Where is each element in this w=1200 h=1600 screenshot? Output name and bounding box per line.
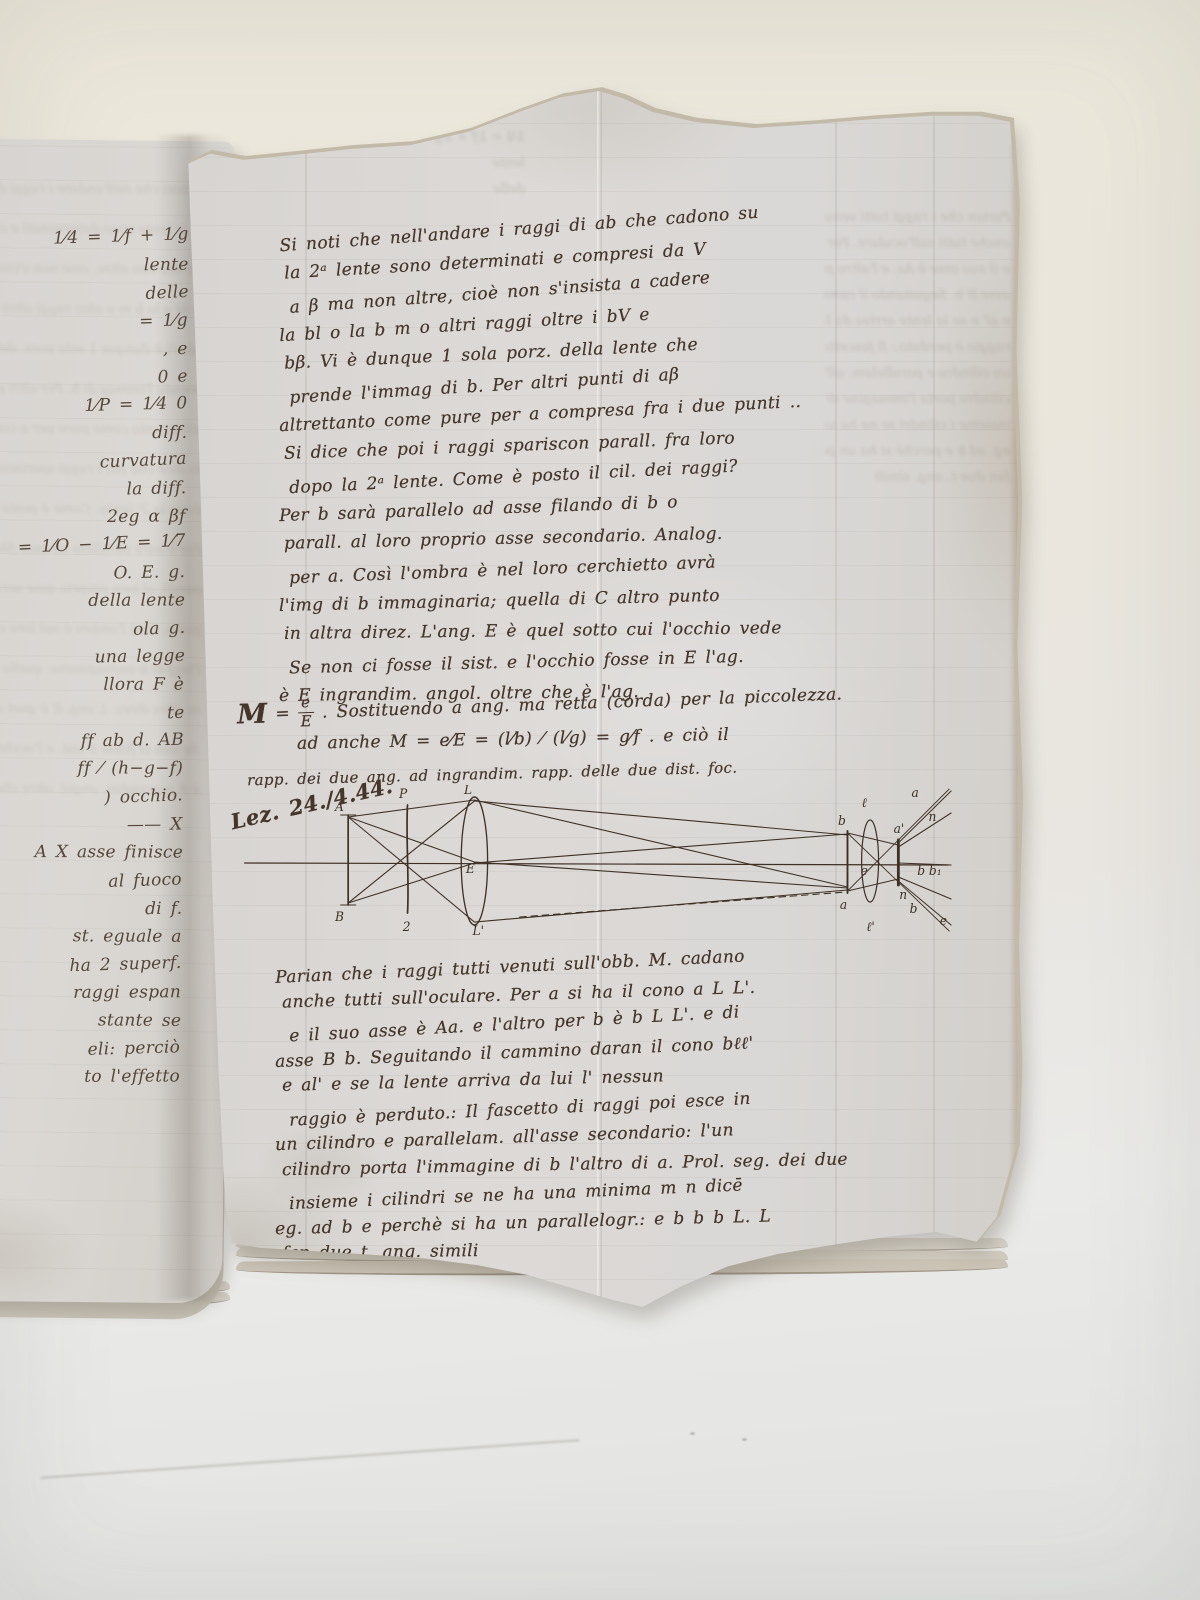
label-lens-center: E	[465, 861, 475, 876]
label-image-top: b	[838, 813, 846, 828]
manuscript-line: e al' e se la lente arriva da lui l' nes…	[282, 1058, 848, 1101]
exit-ray	[898, 813, 951, 847]
fraction-numerator: e	[301, 695, 311, 711]
ray	[348, 817, 847, 888]
label-object-bottom: B	[334, 909, 344, 924]
ghost-line: un cilindro e parallelam. all'asse secon…	[825, 361, 1010, 387]
exit-ray	[898, 877, 951, 899]
fraction-denominator: E	[300, 714, 312, 730]
right-page-bottom-sheet-edges	[236, 1242, 1008, 1275]
manuscript-line: in altra direz. L'ang. E è quel sotto cu…	[284, 613, 807, 650]
objective-lens	[461, 797, 487, 925]
label-eyepiece-bottom: ℓ'	[866, 919, 874, 934]
exit-ray	[898, 881, 951, 925]
desk-speck	[690, 1432, 695, 1435]
eyepiece-lens	[862, 820, 879, 902]
ray	[348, 801, 847, 903]
manuscript-line: Per b sarà parallelo ad asse filando di …	[279, 483, 802, 532]
manuscript-line: la 2ᵃ lente sono determinati e compresi …	[284, 229, 807, 290]
manuscript-line: Si dice che poi i raggi spariscon parall…	[284, 421, 807, 470]
ghost-line: raggio è perduto.: Il fascetto di raggi …	[825, 335, 1010, 361]
desk-crease	[41, 1439, 580, 1479]
ghost-line: 1⁄4 = 1⁄f + 1⁄g	[195, 125, 525, 151]
ghost-line: anche tutti sull'oculare. Per a si ha il…	[825, 231, 1010, 257]
exit-ray	[898, 791, 951, 843]
label-exit-ray-a: a	[912, 785, 919, 800]
page-gutter-shadow	[156, 135, 230, 1300]
manuscript-line: prende l'immag di b. Per altri punti di …	[289, 352, 812, 414]
crease-line	[305, 85, 307, 1313]
manuscript-line: è E ingrandim. angol. oltre che è l'ag.	[279, 675, 802, 712]
formula-line-1: M = e E . Sostituendo a ang. ma retta (c…	[237, 672, 958, 732]
label-object-top: A	[334, 799, 344, 814]
exit-ray	[898, 863, 951, 865]
ghost-line: delle	[195, 177, 525, 195]
formula-line-3: rapp. dei due ang. ad ingrandim. rapp. d…	[247, 745, 958, 798]
label-exit-bottom: n	[899, 887, 907, 902]
ray	[348, 817, 847, 922]
crossing-ray	[847, 833, 949, 931]
manuscript-line: eg. ad b e perchè si ha un parallelogr.:…	[275, 1200, 841, 1243]
ghost-line: asse B b. Seguitando il cammino daran il…	[825, 283, 1010, 309]
optical-axis	[245, 863, 949, 865]
crease-line	[933, 85, 935, 1313]
ray	[348, 834, 847, 903]
ghost-line: lente	[195, 151, 525, 177]
label-exit-ray-bb1: b b₁	[917, 863, 941, 878]
fraction-e-over-E: e E	[297, 695, 314, 731]
manuscript-line: asse B b. Seguitando il cammino daran il…	[275, 1026, 842, 1076]
ray	[348, 800, 847, 887]
manuscript-line: altrettanto come pure per a compresa fra…	[279, 387, 802, 442]
label-stop-bottom: 2	[402, 919, 411, 934]
formula-M: M	[237, 697, 268, 732]
label-image-bottom: a	[840, 897, 847, 912]
sheet-edge	[236, 1259, 1008, 1277]
manuscript-line: Si noti che nell'andare i raggi di ab ch…	[279, 195, 802, 262]
formula-block: M = e E . Sostituendo a ang. ma retta (c…	[237, 685, 957, 788]
label-eyepiece-top: ℓ	[862, 795, 867, 810]
manuscript-line: bβ. Vi è dunque 1 sola porz. della lente…	[284, 325, 807, 380]
formula-line-2: ad anche M = e⁄E = (l⁄b) ⁄ (l⁄g) = g⁄f .…	[297, 713, 958, 761]
formula-text: . Sostituendo a ang. ma retta (corda) pe…	[321, 677, 842, 729]
ghost-line: e al' e se la lente arriva da lui l' nes…	[825, 309, 1010, 335]
lower-paragraph: Parian che i raggi tutti venuti sull'obb…	[275, 951, 841, 1265]
top-bleedthrough: 1⁄4 = 1⁄f + 1⁄glentedelle= 1⁄g, e0 e1⁄P …	[195, 125, 525, 195]
formula-equals: =	[275, 696, 291, 730]
manuscript-line: un cilindro e parallelam. all'asse secon…	[275, 1113, 842, 1160]
label-lens-top: L	[463, 785, 472, 797]
label-exit-ray-n: n	[929, 809, 937, 824]
manuscript-line: raggio è perduto.: Il fascetto di raggi …	[289, 1080, 856, 1135]
label-lens-bottom: L'	[472, 923, 484, 937]
manuscript-line: cilindro porta l'immagine di b l'altro d…	[282, 1145, 848, 1184]
manuscript-line: parall. al loro proprio asse secondario.…	[284, 517, 807, 560]
manuscript-line: per a. Così l'ombra è nel loro cerchiett…	[289, 544, 812, 594]
manuscript-line: Parian che i raggi tutti venuti sull'obb…	[275, 938, 842, 992]
right-page: Parian che i raggi tutti venuti sull'obb…	[185, 85, 1020, 1313]
label-stop-top: P	[398, 786, 408, 801]
ghost-line: cilindro porta l'immagine di b l'altro d…	[825, 387, 1010, 413]
right-page-under-sheet	[187, 81, 1024, 1311]
manuscript-line: dopo la 2ᵃ lente. Come è posto il cil. d…	[289, 448, 812, 504]
manuscript-line: a β ma non altre, cioè non s'insista a c…	[289, 256, 812, 324]
ghost-line: insieme i cilindri se ne ha una minima m…	[825, 413, 1010, 439]
manuscript-line: Se non ci fosse il sist. e l'occhio foss…	[289, 640, 812, 684]
ghost-line: fan due t. ang. simili	[825, 465, 1010, 491]
center-fold-line	[597, 85, 602, 1313]
torn-right-edge	[1009, 145, 1019, 1243]
ghost-line: eg. ad b e perchè si ha un parallelogr.:…	[825, 439, 1010, 465]
label-exit-top: a'	[894, 821, 905, 836]
ghost-line: Parian che i raggi tutti venuti sull'obb…	[825, 205, 1010, 231]
label-exit-ray-e: e	[940, 913, 947, 928]
crease-line	[835, 85, 837, 1313]
photo-of-manuscript: Si noti che nell'andare i raggi di ab ch…	[0, 0, 1200, 1600]
manuscript-line: l'img di b immaginaria; quella di C altr…	[279, 579, 802, 622]
aperture-stop-line	[407, 805, 408, 913]
ray-dashed	[520, 892, 846, 917]
fraction-bar	[298, 712, 314, 714]
label-eyepiece-center: e	[861, 863, 868, 878]
manuscript-line: e il suo asse è Aa. e l'altro per b è b …	[289, 992, 856, 1051]
label-exit-ray-b: b	[910, 901, 918, 916]
desk-speck	[742, 1438, 747, 1441]
manuscript-line: insieme i cilindri se ne ha una minima m…	[289, 1167, 856, 1219]
manuscript-line: anche tutti sull'oculare. Per a si ha il…	[282, 970, 849, 1016]
manuscript-line: la bl o la b m o altri raggi oltre i bV …	[279, 291, 802, 352]
figure-date-label: Lez. 24./4.44.	[228, 773, 395, 835]
ghost-line: e il suo asse è Aa. e l'altro per b è b …	[825, 257, 1010, 283]
crossing-ray	[847, 789, 949, 891]
right-margin-bleedthrough: Parian che i raggi tutti venuti sull'obb…	[825, 205, 1010, 675]
object-ticks	[341, 815, 356, 905]
ray	[847, 833, 898, 891]
optics-ray-diagram: A B P 2 L L' E b a ℓ ℓ' e a' n a n b b₁ …	[237, 785, 953, 937]
upper-paragraph: Si noti che nell'andare i raggi di ab ch…	[279, 213, 801, 709]
